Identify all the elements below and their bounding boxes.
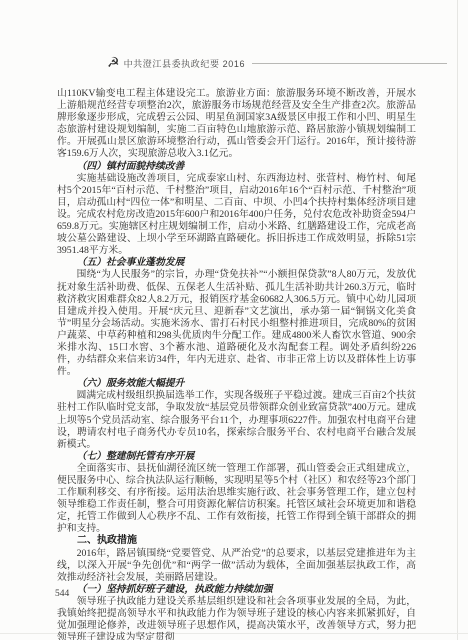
heading-chapter-2: 二、执政措施 <box>57 535 416 547</box>
paragraph-governance-overview: 2016年，路居镇围绕“党要管党、从严治党”的总要求，以基层党建推进年为主线，以… <box>57 548 416 584</box>
header-rule <box>252 63 447 64</box>
party-emblem-icon: ☭ <box>107 56 120 70</box>
paragraph-leadership-team: 领导班子执政能力建设关系基层组织建设和社会各项事业发展的全局，为此，我镇始终把提… <box>57 596 416 640</box>
paragraph-social-undertakings: 围绕“为人民服务”的宗旨，办理“贷免扶补”“小额担保贷款”8人80万元，发放优抚… <box>57 269 416 378</box>
heading-subsection-1: （一）坚持抓好班子建设，执政能力持续加强 <box>57 584 416 596</box>
document-page: ☭ 中共澄江县委执政纪要 2016 山110KV输变电工程主体建设完工。旅游业方… <box>0 0 468 640</box>
document-body: 山110KV输变电工程主体建设完工。旅游业方面：旅游服务环境不断改善，开展水上游… <box>57 88 416 640</box>
page-number: 544 <box>55 589 69 599</box>
heading-section-4: （四）镇村面貌持续改善 <box>57 161 416 173</box>
heading-section-6: （六）服务效能大幅提升 <box>57 378 416 390</box>
heading-section-7: （七）整建制托管有序开展 <box>57 451 416 463</box>
scan-edge-right <box>457 0 458 640</box>
heading-section-5: （五）社会事业蓬勃发展 <box>57 257 416 269</box>
paragraph-tourism-continuation: 山110KV输变电工程主体建设完工。旅游业方面：旅游服务环境不断改善，开展水上游… <box>57 88 416 161</box>
paragraph-village-improvement: 实施基础设施改善项目，完成泰家山村、东西海边村、张营村、梅竹村、甸尾村5个201… <box>57 173 416 258</box>
paragraph-trusteeship: 全面落实市、县抚仙湖径流区统一管理工作部署，孤山管委会正式组建成立，便民服务中心… <box>57 463 416 536</box>
header-title: 中共澄江县委执政纪要 2016 <box>124 57 246 70</box>
page-header: ☭ 中共澄江县委执政纪要 2016 <box>107 56 447 70</box>
paragraph-service-efficiency: 圆满完成村级组织换届选举工作，实现各级班子平稳过渡。建成三百亩2个扶贫驻村工作队… <box>57 390 416 450</box>
